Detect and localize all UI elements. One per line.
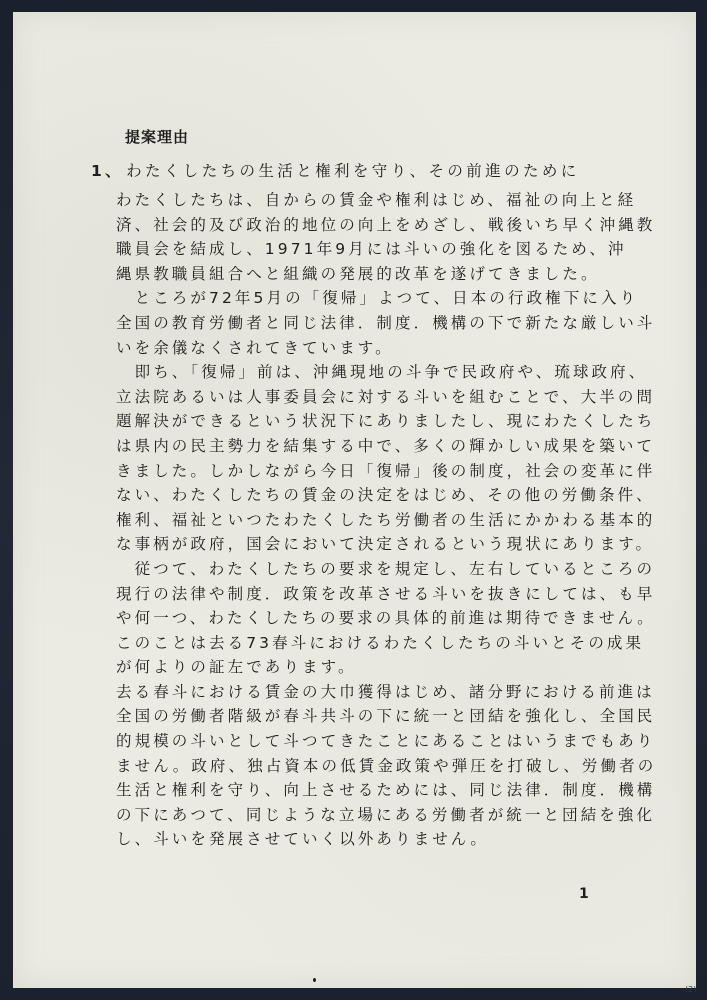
body-line: 従つて、わたくしたちの要求を規定し、左右しているところの — [116, 557, 656, 582]
body-line: ところが72年5月の「復帰」よつて、日本の行政権下に入り — [116, 286, 656, 311]
body-line: な事柄が政府，国会において決定されるという現状にあります。 — [116, 532, 656, 557]
body-line: 済、社会的及び政治的地位の向上をめざし、戦後いち早く沖縄教 — [116, 213, 656, 238]
body-line: きました。しかしながら今日「復帰」後の制度，社会の変革に伴 — [116, 459, 656, 484]
body-line: 題解決ができるという状況下にありましたし、現にわたくしたち — [116, 409, 656, 434]
body-line: わたくしたちは、自からの賃金や権利はじめ、福祉の向上と経 — [116, 188, 656, 213]
body-line: 縄県教職員組合へと組織の発展的改革を遂げてきました。 — [116, 262, 656, 287]
body-line: 即ち、「復帰」前は、沖縄現地の斗争で民政府や、琉球政府、 — [116, 360, 656, 385]
body-line: ません。政府、独占資本の低賃金政策や弾圧を打破し、労働者の — [116, 754, 656, 779]
section-title: 1、わたくしたちの生活と権利を守り、その前進のために — [91, 159, 580, 181]
archive-mark: (2) — [685, 985, 696, 994]
body-text: わたくしたちは、自からの賃金や権利はじめ、福祉の向上と経済、社会的及び政治的地位… — [116, 188, 656, 852]
body-line: や何一つ、わたくしたちの要求の具体的前進は期待できません。 — [116, 606, 656, 631]
body-line: 全国の労働者階級が春斗共斗の下に統一と団結を強化し、全国民 — [116, 704, 656, 729]
body-line: 立法院あるいは人事委員会に対する斗いを組むことで、大半の問 — [116, 385, 656, 410]
body-line: 的規模の斗いとして斗つてきたことにあることはいうまでもあり — [116, 729, 656, 754]
scan-speck — [313, 978, 316, 982]
section-title-text: わたくしたちの生活と権利を守り、その前進のために — [126, 162, 580, 180]
document-heading: 提案理由 — [125, 126, 189, 147]
body-line: 生活と権利を守り、向上させるためには、同じ法律．制度．機構 — [116, 778, 656, 803]
body-line: ない、わたくしたちの賃金の決定をはじめ、その他の労働条件、 — [116, 483, 656, 508]
document-page: 提案理由 1、わたくしたちの生活と権利を守り、その前進のために わたくしたちは、… — [13, 12, 696, 988]
body-line: 去る春斗における賃金の大巾獲得はじめ、諸分野における前進は — [116, 680, 656, 705]
body-line: し、斗いを発展させていく以外ありません。 — [116, 827, 656, 852]
body-line: 職員会を結成し、1971年9月には斗いの強化を図るため、沖 — [116, 237, 656, 262]
body-line: が何よりの証左であります。 — [116, 655, 656, 680]
body-line: 全国の教育労働者と同じ法律．制度．機構の下で新たな厳しい斗 — [116, 311, 656, 336]
body-line: このことは去る73春斗におけるわたくしたちの斗いとその成果 — [116, 631, 656, 656]
body-line: の下にあつて、同じような立場にある労働者が統一と団結を強化 — [116, 803, 656, 828]
section-number: 1、 — [91, 162, 124, 180]
body-line: 権利、福祉といつたわたくしたち労働者の生活にかかわる基本的 — [116, 508, 656, 533]
body-line: 現行の法律や制度．政策を改革させる斗いを抜きにしては、も早 — [116, 582, 656, 607]
page-number: 1 — [579, 886, 589, 902]
body-line: いを余儀なくされてきています。 — [116, 336, 656, 361]
body-line: は県内の民主勢力を結集する中で、多くの輝かしい成果を築いて — [116, 434, 656, 459]
